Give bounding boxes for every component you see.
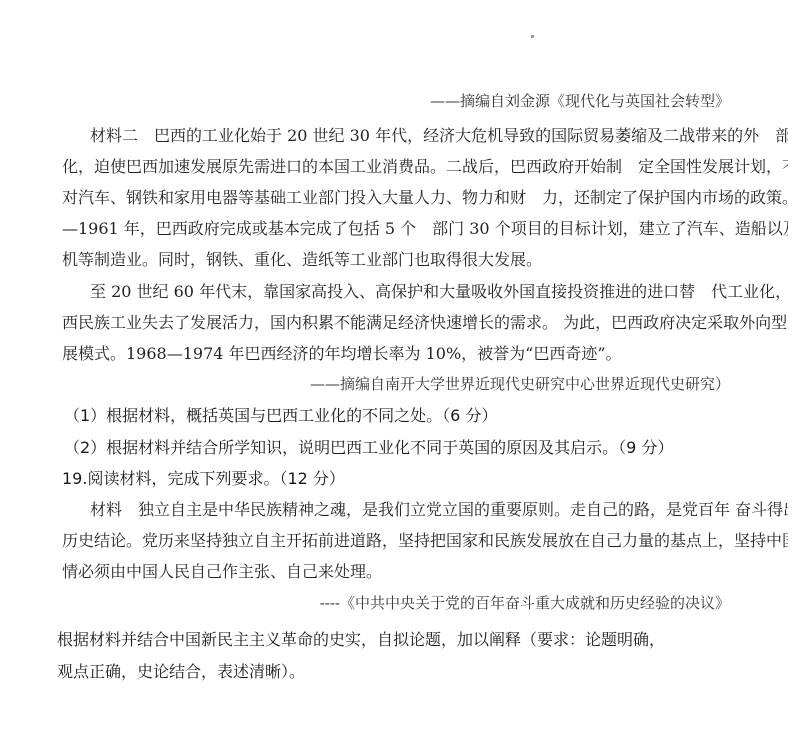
citation-source-2: ——摘编自南开大学世界近现代史研究中心世界近现代史研究） <box>62 375 730 393</box>
material-two-continued-paragraph: 至 20 世纪 60 年代末，靠国家高投入、高保护和大量吸收外国直接投资推进的进… <box>62 276 788 369</box>
citation-source-3: ----《中共中央关于党的百年奋斗重大成就和历史经验的决议》 <box>62 594 730 612</box>
text-line: 西民族工业失去了发展活力，国内积累不能满足经济快速增长的需求。 为此，巴西政府决… <box>62 307 788 338</box>
text-line: 根据材料并结合中国新民主主义革命的史实，自拟论题，加以阐释（要求：论题明确， <box>57 624 757 656</box>
text-line: —1961 年，巴西政府完成或基本完成了包括 5 个 部门 30 个项目的目标计… <box>62 213 788 244</box>
text-line: 对汽车、钢铁和家用电器等基础工业部门投入大量人力、物力和财 力，还制定了保护国内… <box>62 182 788 213</box>
text-line: 材料 独立自主是中华民族精神之魂，是我们立党立国的重要原则。走自己的路，是党百年… <box>62 494 788 525</box>
exam-paper-page: ——摘编自刘金源《现代化与英国社会转型》 材料二 巴西的工业化始于 20 世纪 … <box>0 0 793 744</box>
question-19-material-paragraph: 材料 独立自主是中华民族精神之魂，是我们立党立国的重要原则。走自己的路，是党百年… <box>62 494 788 587</box>
material-two-paragraph: 材料二 巴西的工业化始于 20 世纪 30 年代，经济大危机导致的国际贸易萎缩及… <box>62 120 788 275</box>
question-2: （2）根据材料并结合所学知识，说明巴西工业化不同于英国的原因及其启示。（9 分） <box>64 438 673 458</box>
text-line: 材料二 巴西的工业化始于 20 世纪 30 年代，经济大危机导致的国际贸易萎缩及… <box>62 120 788 151</box>
text-line: 观点正确，史论结合，表述清晰）。 <box>57 656 757 688</box>
text-line: 情必须由中国人民自己作主张、自己来处理。 <box>62 556 788 587</box>
text-line: 历史结论。党历来坚持独立自主开拓前进道路，坚持把国家和民族发展放在自己力量的基点… <box>62 525 788 556</box>
text-line: 至 20 世纪 60 年代末，靠国家高投入、高保护和大量吸收外国直接投资推进的进… <box>62 276 788 307</box>
scan-speck-dot <box>531 35 534 38</box>
text-line: 机等制造业。同时，钢铁、重化、造纸等工业部门也取得很大发展。 <box>62 244 788 275</box>
question-19-task-requirement: 根据材料并结合中国新民主主义革命的史实，自拟论题，加以阐释（要求：论题明确，观点… <box>57 624 757 688</box>
text-line: 展模式。1968—1974 年巴西经济的年均增长率为 10%，被誉为“巴西奇迹”… <box>62 338 788 369</box>
citation-source-1: ——摘编自刘金源《现代化与英国社会转型》 <box>62 92 730 110</box>
question-19-heading: 19.阅读材料，完成下列要求。（12 分） <box>62 469 345 489</box>
question-1: （1）根据材料，概括英国与巴西工业化的不同之处。（6 分） <box>64 406 497 426</box>
text-line: 化，迫使巴西加速发展原先需进口的本国工业消费品。二战后，巴西政府开始制 定全国性… <box>62 151 788 182</box>
